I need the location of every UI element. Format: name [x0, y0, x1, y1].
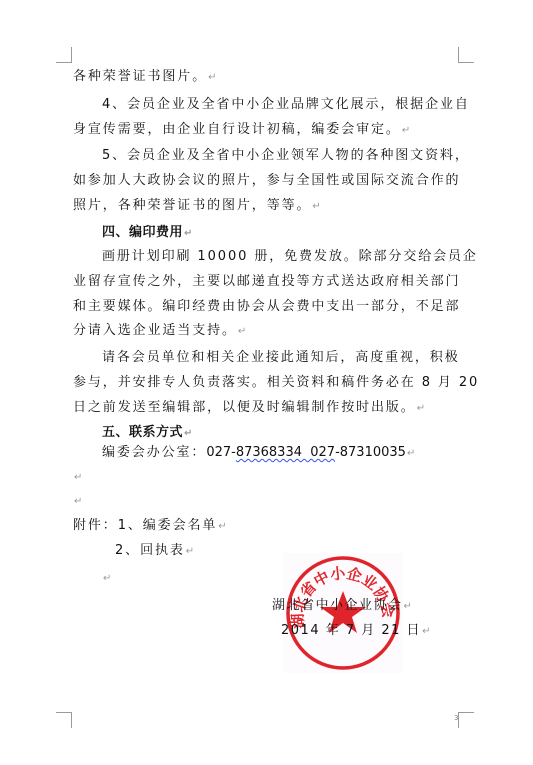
section-heading[interactable]: 五、联系方式↵: [102, 425, 192, 442]
paragraph-mark-icon: ↵: [404, 601, 412, 612]
text-line[interactable]: 参与，并安排专人负责落实。相关资料和稿件务必在 8 月 20: [73, 375, 479, 391]
text-line[interactable]: 各种荣誉证书图片。↵: [73, 69, 217, 86]
text-line[interactable]: 请各会员单位和相关企业接此通知后，高度重视，积极: [102, 350, 460, 366]
line-text: 5、会员企业及全省中小企业领军人物的各种图文资料，: [102, 148, 470, 163]
phone-two-rest: -87310035: [335, 445, 406, 460]
section-heading[interactable]: 四、编印费用↵: [102, 225, 192, 242]
line-text: 画册计划印刷 10000 册，免费发放。除部分交给会员企: [102, 249, 478, 264]
paragraph-mark-icon: ↵: [407, 448, 415, 459]
paragraph-mark-icon: ↵: [74, 472, 82, 483]
attachment-item-2: 2、回执表: [115, 543, 185, 558]
text-line[interactable]: 业留存宣传之外，主要以邮递直投等方式送达政府相关部门: [73, 274, 460, 290]
text-line[interactable]: 和主要媒体。编印经费由协会从会费中支出一部分，不足部: [73, 299, 460, 315]
text-line[interactable]: 如参加人大政协会议的照片，参与全国性或国际交流合作的: [73, 173, 460, 189]
attachment-label: 附件：: [73, 518, 118, 533]
signature-org[interactable]: 湖北省中小企业协会↵: [272, 598, 412, 615]
attachment-line-1[interactable]: 附件：1、编委会名单↵: [73, 518, 227, 535]
paragraph-mark-icon: ↵: [402, 125, 410, 136]
line-text: 四、编印费用: [102, 225, 183, 240]
paragraph-mark-icon: ↵: [422, 626, 430, 637]
paragraph-mark-icon: ↵: [184, 428, 192, 439]
text-line[interactable]: 身宣传需要，由企业自行设计初稿，编委会审定。↵: [73, 122, 410, 139]
text-line[interactable]: 分请入选企业适当支持。↵: [73, 323, 246, 340]
empty-paragraph[interactable]: ↵: [73, 469, 82, 486]
phone-spellcheck-flagged[interactable]: 87368334 027: [236, 445, 335, 460]
paragraph-mark-icon: ↵: [103, 573, 111, 584]
text-line[interactable]: 5、会员企业及全省中小企业领军人物的各种图文资料，: [102, 148, 470, 164]
line-text: 日之前发送至编辑部，以便及时编辑制作按时出版。: [73, 400, 416, 415]
line-text: 分请入选企业适当支持。: [73, 323, 237, 338]
margin-corner-bottom-right: [458, 712, 474, 728]
empty-paragraph[interactable]: ↵: [102, 570, 111, 587]
line-text: 照片，各种荣誉证书的图片，等等。: [73, 198, 311, 213]
paragraph-mark-icon: ↵: [417, 403, 425, 414]
attachment-line-2[interactable]: 2、回执表↵: [115, 543, 194, 560]
attachment-item-1: 1、编委会名单: [118, 518, 218, 533]
signature-date[interactable]: 2014 年 7 月 21 日↵: [281, 623, 430, 640]
text-line[interactable]: 照片，各种荣誉证书的图片，等等。↵: [73, 198, 321, 215]
line-text: 请各会员单位和相关企业接此通知后，高度重视，积极: [102, 350, 460, 365]
paragraph-mark-icon: ↵: [74, 496, 82, 507]
paragraph-mark-icon: ↵: [186, 546, 194, 557]
paragraph-mark-icon: ↵: [218, 521, 226, 532]
line-text: 和主要媒体。编印经费由协会从会费中支出一部分，不足部: [73, 299, 460, 314]
page-number: 3: [454, 714, 458, 722]
paragraph-mark-icon: ↵: [238, 326, 246, 337]
line-text: 如参加人大政协会议的照片，参与全国性或国际交流合作的: [73, 173, 460, 188]
paragraph-mark-icon: ↵: [208, 72, 216, 83]
line-text: 身宣传需要，由企业自行设计初稿，编委会审定。: [73, 122, 401, 137]
document-page: 3 各种荣誉证书图片。↵4、会员企业及全省中小企业品牌文化展示，根据企业自身宣传…: [0, 0, 533, 765]
line-text: 业留存宣传之外，主要以邮递直投等方式送达政府相关部门: [73, 274, 460, 289]
paragraph-mark-icon: ↵: [184, 228, 192, 239]
phone-prefix: 027-: [206, 445, 236, 460]
text-line[interactable]: 日之前发送至编辑部，以便及时编辑制作按时出版。↵: [73, 400, 425, 417]
margin-corner-bottom-left: [56, 712, 72, 728]
margin-corner-top-right: [458, 47, 474, 63]
line-text: 五、联系方式: [102, 425, 183, 440]
paragraph-mark-icon: ↵: [312, 201, 320, 212]
text-line[interactable]: 4、会员企业及全省中小企业品牌文化展示，根据企业自: [102, 97, 470, 113]
line-text: 参与，并安排专人负责落实。相关资料和稿件务必在 8 月 20: [73, 375, 479, 390]
contact-label: 编委会办公室：: [102, 445, 206, 460]
text-line[interactable]: 画册计划印刷 10000 册，免费发放。除部分交给会员企: [102, 249, 478, 265]
line-text: 4、会员企业及全省中小企业品牌文化展示，根据企业自: [102, 97, 470, 112]
line-text: 各种荣誉证书图片。: [73, 69, 207, 84]
contact-line[interactable]: 编委会办公室：027-87368334 027-87310035↵: [102, 445, 415, 462]
empty-paragraph[interactable]: ↵: [73, 493, 82, 510]
margin-corner-top-left: [56, 47, 72, 63]
